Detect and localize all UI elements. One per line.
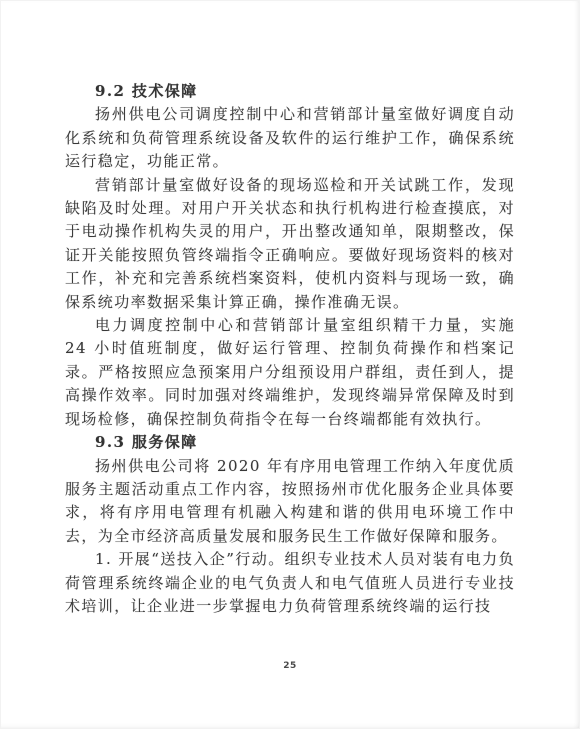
document-content: 9.2 技术保障 扬州供电公司调度控制中心和营销部计量室做好调度自动化系统和负荷…: [65, 80, 515, 618]
paragraph: 电力调度控制中心和营销部计量室组织精干力量，实施 24 小时值班制度，做好运行管…: [65, 314, 515, 431]
section-heading-9-2: 9.2 技术保障: [65, 80, 515, 103]
page-number: 25: [0, 661, 580, 671]
section-heading-9-3: 9.3 服务保障: [65, 431, 515, 454]
paragraph: 营销部计量室做好设备的现场巡检和开关试跳工作，发现缺陷及时处理。对用户开关状态和…: [65, 174, 515, 314]
document-page: 9.2 技术保障 扬州供电公司调度控制中心和营销部计量室做好调度自动化系统和负荷…: [0, 0, 580, 729]
paragraph: 扬州供电公司调度控制中心和营销部计量室做好调度自动化系统和负荷管理系统设备及软件…: [65, 103, 515, 173]
section-technical-support: 9.2 技术保障 扬州供电公司调度控制中心和营销部计量室做好调度自动化系统和负荷…: [65, 80, 515, 431]
section-service-support: 9.3 服务保障 扬州供电公司将 2020 年有序用电管理工作纳入年度优质服务主…: [65, 431, 515, 618]
paragraph: 扬州供电公司将 2020 年有序用电管理工作纳入年度优质服务主题活动重点工作内容…: [65, 455, 515, 549]
paragraph: 1. 开展“送技入企”行动。组织专业技术人员对装有电力负荷管理系统终端企业的电气…: [65, 548, 515, 618]
